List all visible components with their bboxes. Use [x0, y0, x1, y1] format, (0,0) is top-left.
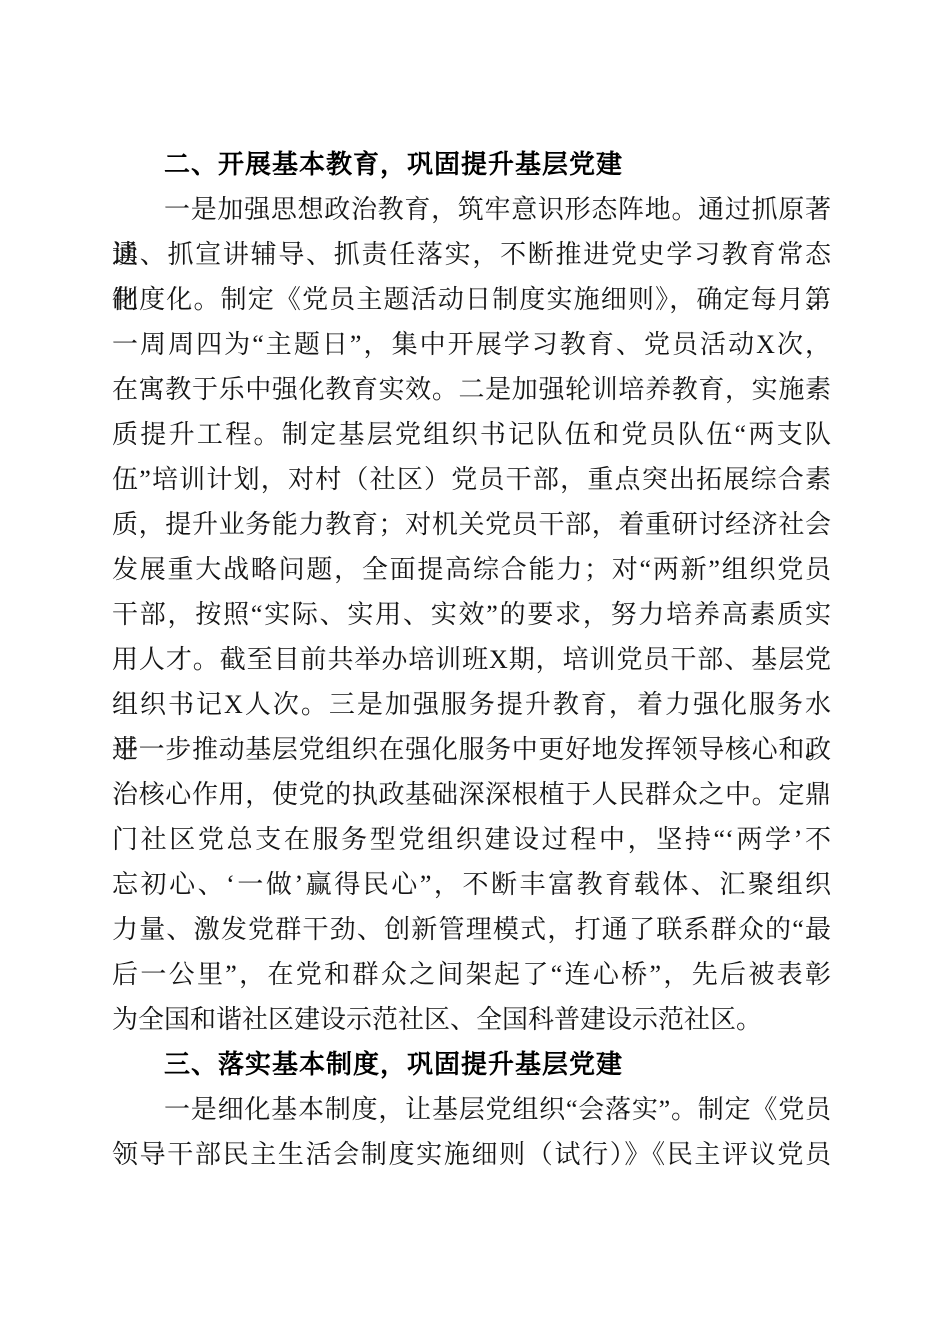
- text-line: 组织书记X人次。三是加强服务提升教育，着力强化服务水平。: [112, 682, 831, 727]
- text-line: 力量、激发党群干劲、创新管理模式，打通了联系群众的“最: [112, 907, 831, 952]
- text-line: 用人才。截至目前共举办培训班X期，培训党员干部、基层党: [112, 637, 831, 682]
- text-line: 伍”培训计划，对村（社区）党员干部，重点突出拓展综合素: [112, 457, 831, 502]
- text-line: 为全国和谐社区建设示范社区、全国科普建设示范社区。: [112, 997, 831, 1042]
- document-content: 二、开展基本教育，巩固提升基层党建一是加强思想政治教育，筑牢意识形态阵地。通过抓…: [112, 142, 831, 1177]
- text-line: 制度化。制定《党员主题活动日制度实施细则》，确定每月第: [112, 277, 831, 322]
- text-line: 门社区党总支在服务型党组织建设过程中，坚持“‘两学’不: [112, 817, 831, 862]
- text-line: 质，提升业务能力教育；对机关党员干部，着重研讨经济社会: [112, 502, 831, 547]
- text-line: 发展重大战略问题，全面提高综合能力；对“两新”组织党员: [112, 547, 831, 592]
- document-page: 二、开展基本教育，巩固提升基层党建一是加强思想政治教育，筑牢意识形态阵地。通过抓…: [0, 0, 950, 1344]
- section-heading: 三、落实基本制度，巩固提升基层党建: [112, 1042, 831, 1087]
- text-line: 干部，按照“实际、实用、实效”的要求，努力培养高素质实: [112, 592, 831, 637]
- text-line: 治核心作用，使党的执政基础深深根植于人民群众之中。定鼎: [112, 772, 831, 817]
- text-line: 读、抓宣讲辅导、抓责任落实，不断推进党史学习教育常态化、: [112, 232, 831, 277]
- text-line: 质提升工程。制定基层党组织书记队伍和党员队伍“两支队: [112, 412, 831, 457]
- text-line: 后一公里”，在党和群众之间架起了“连心桥”，先后被表彰: [112, 952, 831, 997]
- text-line: 一周周四为“主题日”，集中开展学习教育、党员活动X次，: [112, 322, 831, 367]
- text-line: 一是加强思想政治教育，筑牢意识形态阵地。通过抓原著通: [112, 187, 831, 232]
- text-line: 忘初心、‘一做’赢得民心”，不断丰富教育载体、汇聚组织: [112, 862, 831, 907]
- text-line: 一是细化基本制度，让基层党组织“会落实”。制定《党员: [112, 1087, 831, 1132]
- section-heading: 二、开展基本教育，巩固提升基层党建: [112, 142, 831, 187]
- text-line: 在寓教于乐中强化教育实效。二是加强轮训培养教育，实施素: [112, 367, 831, 412]
- text-line: 领导干部民主生活会制度实施细则（试行）》《民主评议党员: [112, 1132, 831, 1177]
- text-line: 进一步推动基层党组织在强化服务中更好地发挥领导核心和政: [112, 727, 831, 772]
